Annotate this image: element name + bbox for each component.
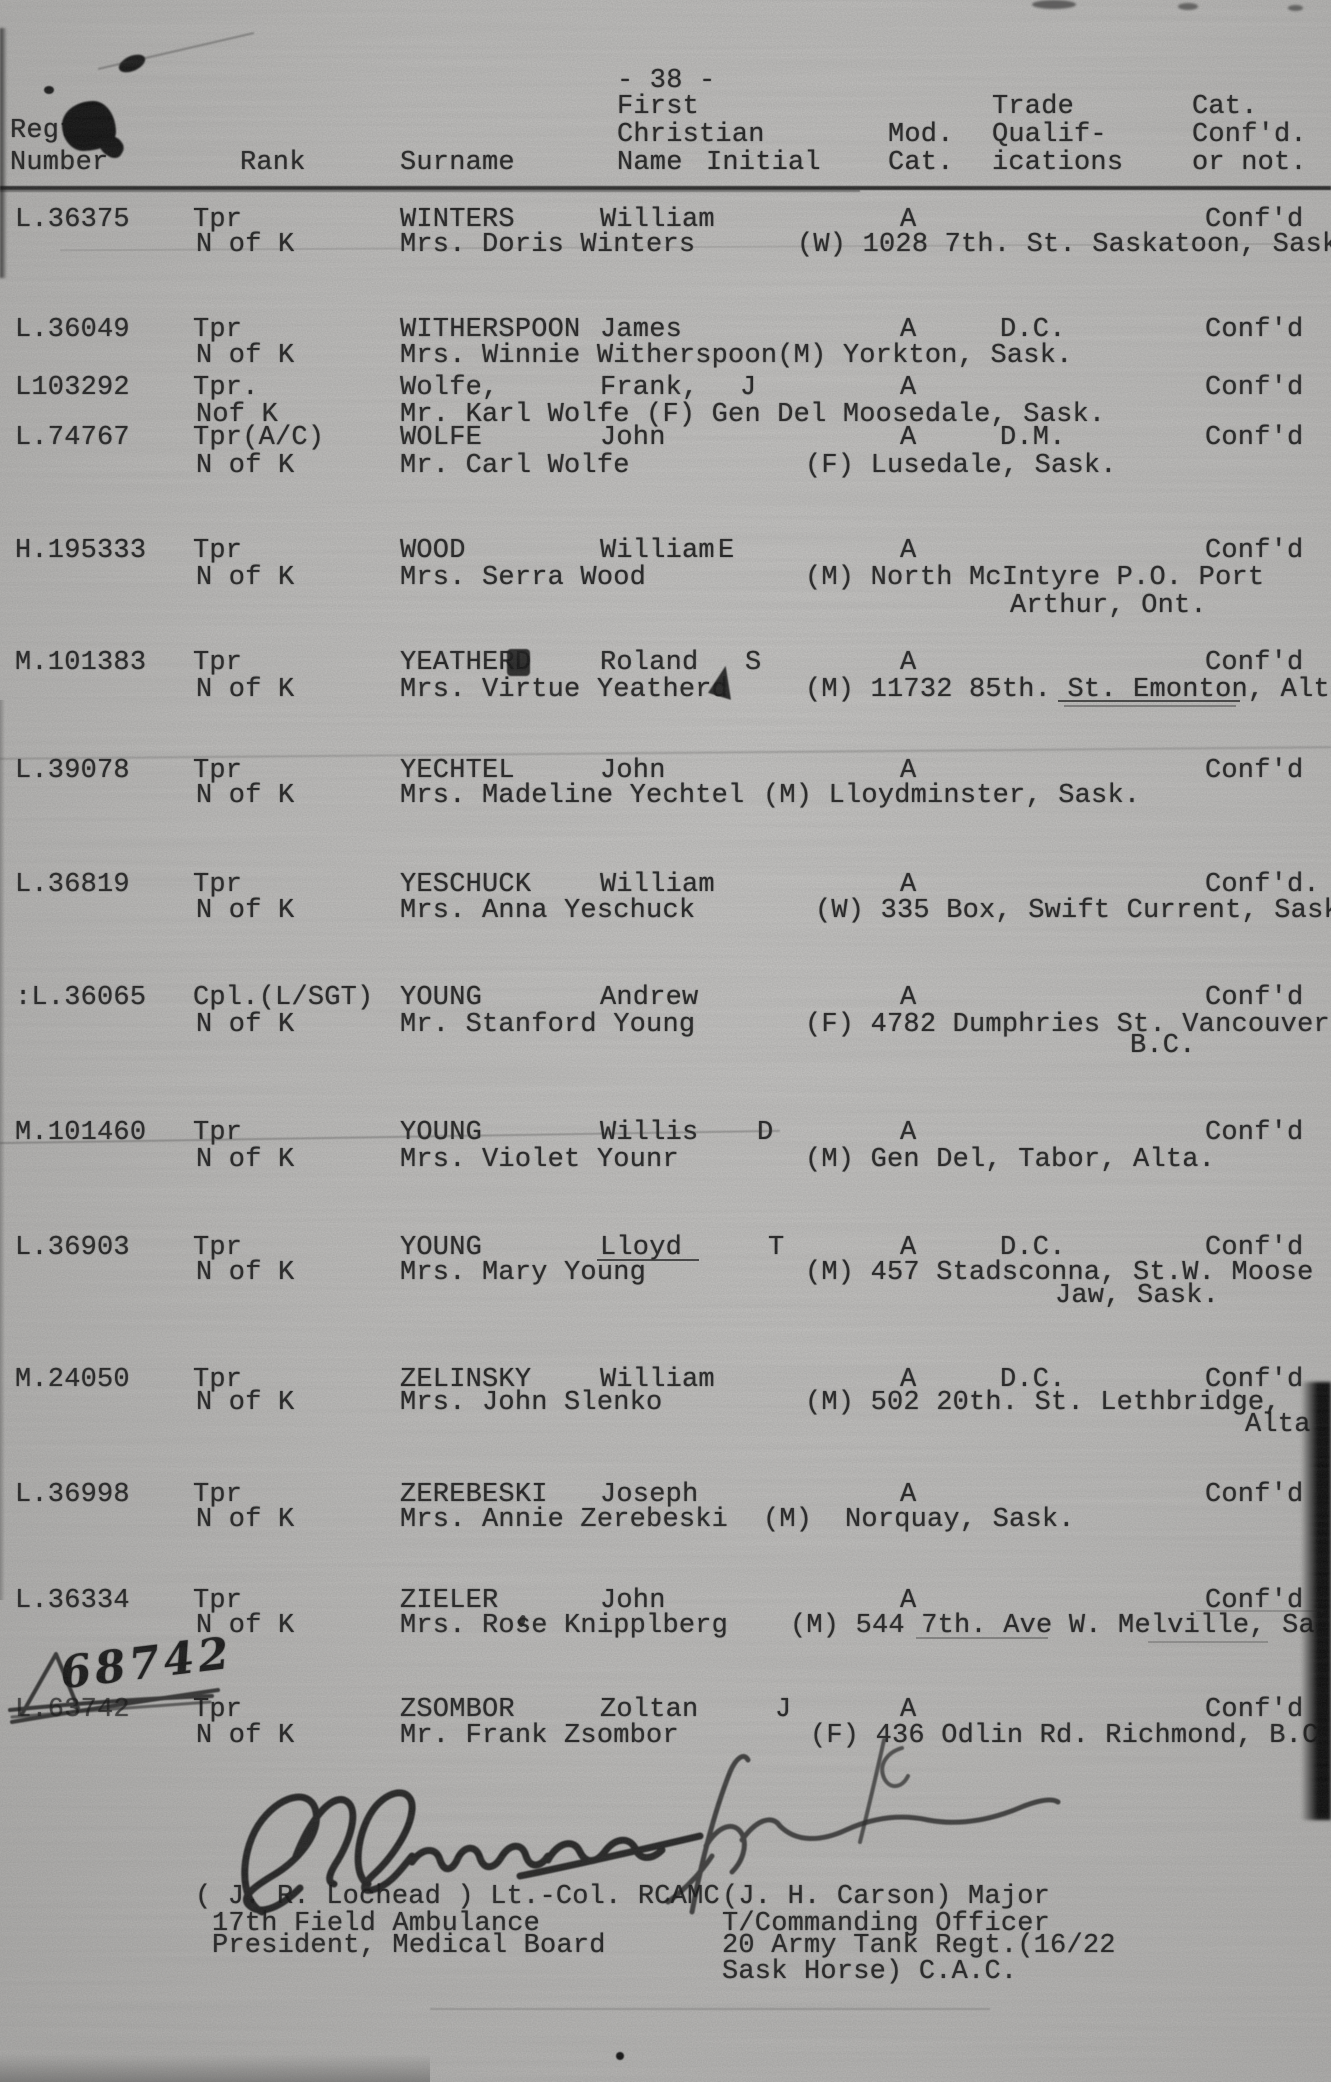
entry-next-of-kin-name: Mrs. Winnie Witherspoon(M) Yorkton, Sask…	[400, 343, 1073, 370]
entry-address-overflow: Arthur, Ont.	[1010, 593, 1207, 620]
entry-next-of-kin-label: N of K	[196, 453, 294, 480]
entry-first-name: Andrew	[600, 985, 698, 1012]
header-conf-1: Cat.	[1192, 94, 1258, 121]
entry-next-of-kin-address: (W) 335 Box, Swift Current, Sask.	[815, 898, 1331, 925]
header-name-3: Name	[617, 150, 683, 177]
entry-next-of-kin-address: (F) 436 Odlin Rd. Richmond, B.C.	[810, 1723, 1331, 1750]
entry-medical-category: A	[900, 1120, 916, 1147]
entry-surname: YOUNG	[400, 985, 482, 1012]
entry-first-name: Roland	[600, 650, 698, 677]
entry-rank: Cpl.(L/SGT)	[193, 985, 373, 1012]
ink-speck	[616, 2052, 624, 2060]
entry-medical-category: A	[900, 650, 916, 677]
entry-medical-category: A	[900, 1697, 916, 1724]
entry-next-of-kin-label: N of K	[196, 1723, 294, 1750]
entry-initial: E	[718, 538, 734, 565]
entry-rank: Tpr	[193, 872, 242, 899]
entry-confirmation-status: Conf'd.	[1205, 872, 1320, 899]
header-conf-2: Conf'd.	[1192, 122, 1307, 149]
entry-next-of-kin-name: Mrs. John Slenko	[400, 1390, 662, 1417]
entry-surname: WITHERSPOON	[400, 317, 580, 344]
entry-next-of-kin-address: (M) Gen Del, Tabor, Alta.	[805, 1147, 1215, 1174]
entry-next-of-kin-address: (M) Norquay, Sask.	[763, 1507, 1075, 1534]
entry-regimental-number: M.24050	[15, 1367, 130, 1394]
entry-medical-category: A	[900, 872, 916, 899]
entry-next-of-kin-label: N of K	[196, 1260, 294, 1287]
entry-regimental-number: L.39078	[15, 758, 130, 785]
scan-edge-shadow	[0, 700, 5, 1600]
entry-regimental-number: L.36998	[15, 1482, 130, 1509]
entry-regimental-number: L.36334	[15, 1588, 130, 1615]
entry-regimental-number: L.36049	[15, 317, 130, 344]
entry-regimental-number: L.36903	[15, 1235, 130, 1262]
entry-confirmation-status: Conf'd	[1205, 1120, 1303, 1147]
officer-right-unit-1: 20 Army Tank Regt.(16/22	[722, 1933, 1116, 1960]
entry-medical-category: A	[900, 425, 916, 452]
entry-regimental-number: L103292	[15, 375, 130, 402]
scan-edge-black-strip	[1301, 1382, 1331, 1820]
entry-medical-category: A	[900, 375, 916, 402]
entry-rank: Tpr	[193, 1120, 242, 1147]
entry-next-of-kin-label: N of K	[196, 1507, 294, 1534]
underline-confd	[1196, 1610, 1324, 1612]
underline-st-emonton	[1064, 705, 1236, 707]
entry-next-of-kin-address: (M) Lloydminster, Sask.	[763, 783, 1140, 810]
entry-address-overflow: Jaw, Sask.	[1055, 1283, 1219, 1310]
entry-next-of-kin-name: Mrs. Rose Knipplberg	[400, 1613, 728, 1640]
entry-next-of-kin-name: Mrs. Anna Yeschuck	[400, 898, 695, 925]
entry-surname: WOOD	[400, 538, 466, 565]
entry-medical-category: A	[900, 985, 916, 1012]
header-trade-2: Qualif-	[992, 122, 1107, 149]
entry-next-of-kin-label: N of K	[196, 677, 294, 704]
entry-rank: Tpr	[193, 650, 242, 677]
underline-st-emonton	[1058, 700, 1240, 702]
header-modcat-2: Cat.	[888, 150, 954, 177]
entry-next-of-kin-name: Mrs. Madeline Yechtel	[400, 783, 744, 810]
entry-regimental-number: M.101383	[15, 650, 146, 677]
entry-initial: S	[745, 650, 761, 677]
entry-next-of-kin-label: N of K	[196, 783, 294, 810]
entry-next-of-kin-label: N of K	[196, 1147, 294, 1174]
header-surname: Surname	[400, 150, 515, 177]
entry-next-of-kin-name: Mr. Frank Zsombor	[400, 1723, 679, 1750]
entry-next-of-kin-name: Mrs. Virtue Yeatherd	[400, 677, 728, 704]
edge-speck	[1178, 3, 1198, 10]
edge-speck	[1032, 0, 1076, 9]
header-rank: Rank	[240, 150, 306, 177]
entry-next-of-kin-label: N of K	[196, 343, 294, 370]
entry-rank: Tpr	[193, 1697, 242, 1724]
page-number: - 38 -	[617, 68, 715, 95]
header-name-1: First	[617, 94, 699, 121]
entry-next-of-kin-name: Mr. Stanford Young	[400, 1012, 695, 1039]
entry-next-of-kin-label: N of K	[196, 898, 294, 925]
overtyped-letter-blot	[507, 649, 530, 676]
entry-next-of-kin-label: N of K	[196, 1012, 294, 1039]
entry-first-name: Frank,	[600, 375, 698, 402]
entry-next-of-kin-name: Mrs. Violet Younr	[400, 1147, 679, 1174]
entry-initial: T	[768, 1235, 784, 1262]
entry-regimental-number: H.195333	[15, 538, 146, 565]
entry-next-of-kin-address: (F) 4782 Dumphries St. Vancouver,	[805, 1012, 1331, 1039]
entry-next-of-kin-label: N of K	[196, 565, 294, 592]
entry-regimental-number: :L.36065	[15, 985, 146, 1012]
header-name-2: Christian	[617, 122, 765, 149]
scan-edge-shadow	[0, 28, 7, 278]
entry-confirmation-status: Conf'd	[1205, 1697, 1303, 1724]
entry-next-of-kin-label: N of K	[196, 1390, 294, 1417]
entry-rank: Tpr(A/C)	[193, 425, 324, 452]
scanned-document-page: - 38 - Regt'l Number Rank Surname First …	[0, 0, 1331, 2082]
underline-melville	[1148, 1641, 1268, 1643]
entry-first-name: William	[600, 872, 715, 899]
officer-left-name: ( J. R. Lochead ) Lt.-Col. RCAMC	[195, 1884, 720, 1911]
header-rule-shadow	[0, 190, 860, 192]
entry-next-of-kin-address: (F) Lusedale, Sask.	[805, 453, 1117, 480]
entry-confirmation-status: Conf'd	[1205, 985, 1303, 1012]
entry-initial: J	[740, 375, 756, 402]
header-modcat-1: Mod.	[888, 122, 954, 149]
header-trade-3: ications	[992, 150, 1123, 177]
entry-confirmation-status: Conf'd	[1205, 425, 1303, 452]
entry-confirmation-status: Conf'd	[1205, 758, 1303, 785]
header-initial: Initial	[706, 150, 821, 177]
entry-first-name: William	[600, 538, 715, 565]
entry-rank: Tpr.	[193, 375, 259, 402]
entry-next-of-kin-name: Mrs. Annie Zerebeski	[400, 1507, 728, 1534]
scan-edge-shadow	[0, 2054, 430, 2082]
entry-next-of-kin-label: N of K	[196, 232, 294, 259]
entry-confirmation-status: Conf'd	[1205, 1482, 1303, 1509]
officer-right-name: (J. H. Carson) Major	[722, 1884, 1050, 1911]
entry-regimental-number: L.36375	[15, 207, 130, 234]
entry-confirmation-status: Conf'd	[1205, 317, 1303, 344]
entry-next-of-kin-name: Mrs. Mary Young	[400, 1260, 646, 1287]
entry-medical-category: A	[900, 317, 916, 344]
entry-first-name: John	[600, 425, 666, 452]
edge-speck	[1288, 5, 1303, 11]
header-trade-1: Trade	[992, 94, 1074, 121]
entry-rank: Tpr	[193, 317, 242, 344]
entry-surname: YESCHUCK	[400, 872, 531, 899]
entry-trade-qualifications: D.M.	[1000, 425, 1066, 452]
entry-trade-qualifications: D.C.	[1000, 317, 1066, 344]
entry-surname: YOUNG	[400, 1120, 482, 1147]
entry-surname: WOLFE	[400, 425, 482, 452]
entry-next-of-kin-address: (M) North McIntyre P.O. Port	[805, 565, 1264, 592]
entry-first-name: James	[600, 317, 682, 344]
entry-surname: ZSOMBOR	[400, 1697, 515, 1724]
entry-confirmation-status: Conf'd	[1205, 538, 1303, 565]
typed-text-layer: - 38 - Regt'l Number Rank Surname First …	[0, 0, 1331, 2082]
officer-right-unit-2: Sask Horse) C.A.C.	[722, 1959, 1017, 1986]
entry-next-of-kin-address: (M) 544 7th. Ave W. Melville, Sa	[790, 1613, 1315, 1640]
entry-first-name: Zoltan	[600, 1697, 698, 1724]
entry-medical-category: A	[900, 538, 916, 565]
entry-initial: J	[775, 1697, 791, 1724]
entry-regimental-number: L.74767	[15, 425, 130, 452]
paper-crease	[430, 2008, 990, 2010]
officer-left-role: President, Medical Board	[212, 1933, 606, 1960]
underline-willis	[597, 1259, 699, 1261]
entry-confirmation-status: Conf'd	[1205, 375, 1303, 402]
entry-initial: D	[757, 1120, 773, 1147]
entry-confirmation-status: Conf'd	[1205, 650, 1303, 677]
header-regtl-2: Number	[10, 150, 108, 177]
entry-address-overflow: B.C.	[1130, 1033, 1196, 1060]
underline-ave	[916, 1637, 1048, 1639]
entry-regimental-number: L.63742	[15, 1697, 130, 1724]
entry-next-of-kin-address: (M) 502 20th. St. Lethbridge,	[805, 1390, 1281, 1417]
entry-next-of-kin-name: Mrs. Serra Wood	[400, 565, 646, 592]
ink-speck	[44, 86, 54, 94]
header-conf-3: or not.	[1192, 150, 1307, 177]
entry-surname: Wolfe,	[400, 375, 498, 402]
entry-rank: Tpr	[193, 538, 242, 565]
entry-next-of-kin-name: Mr. Carl Wolfe	[400, 453, 630, 480]
entry-regimental-number: L.36819	[15, 872, 130, 899]
